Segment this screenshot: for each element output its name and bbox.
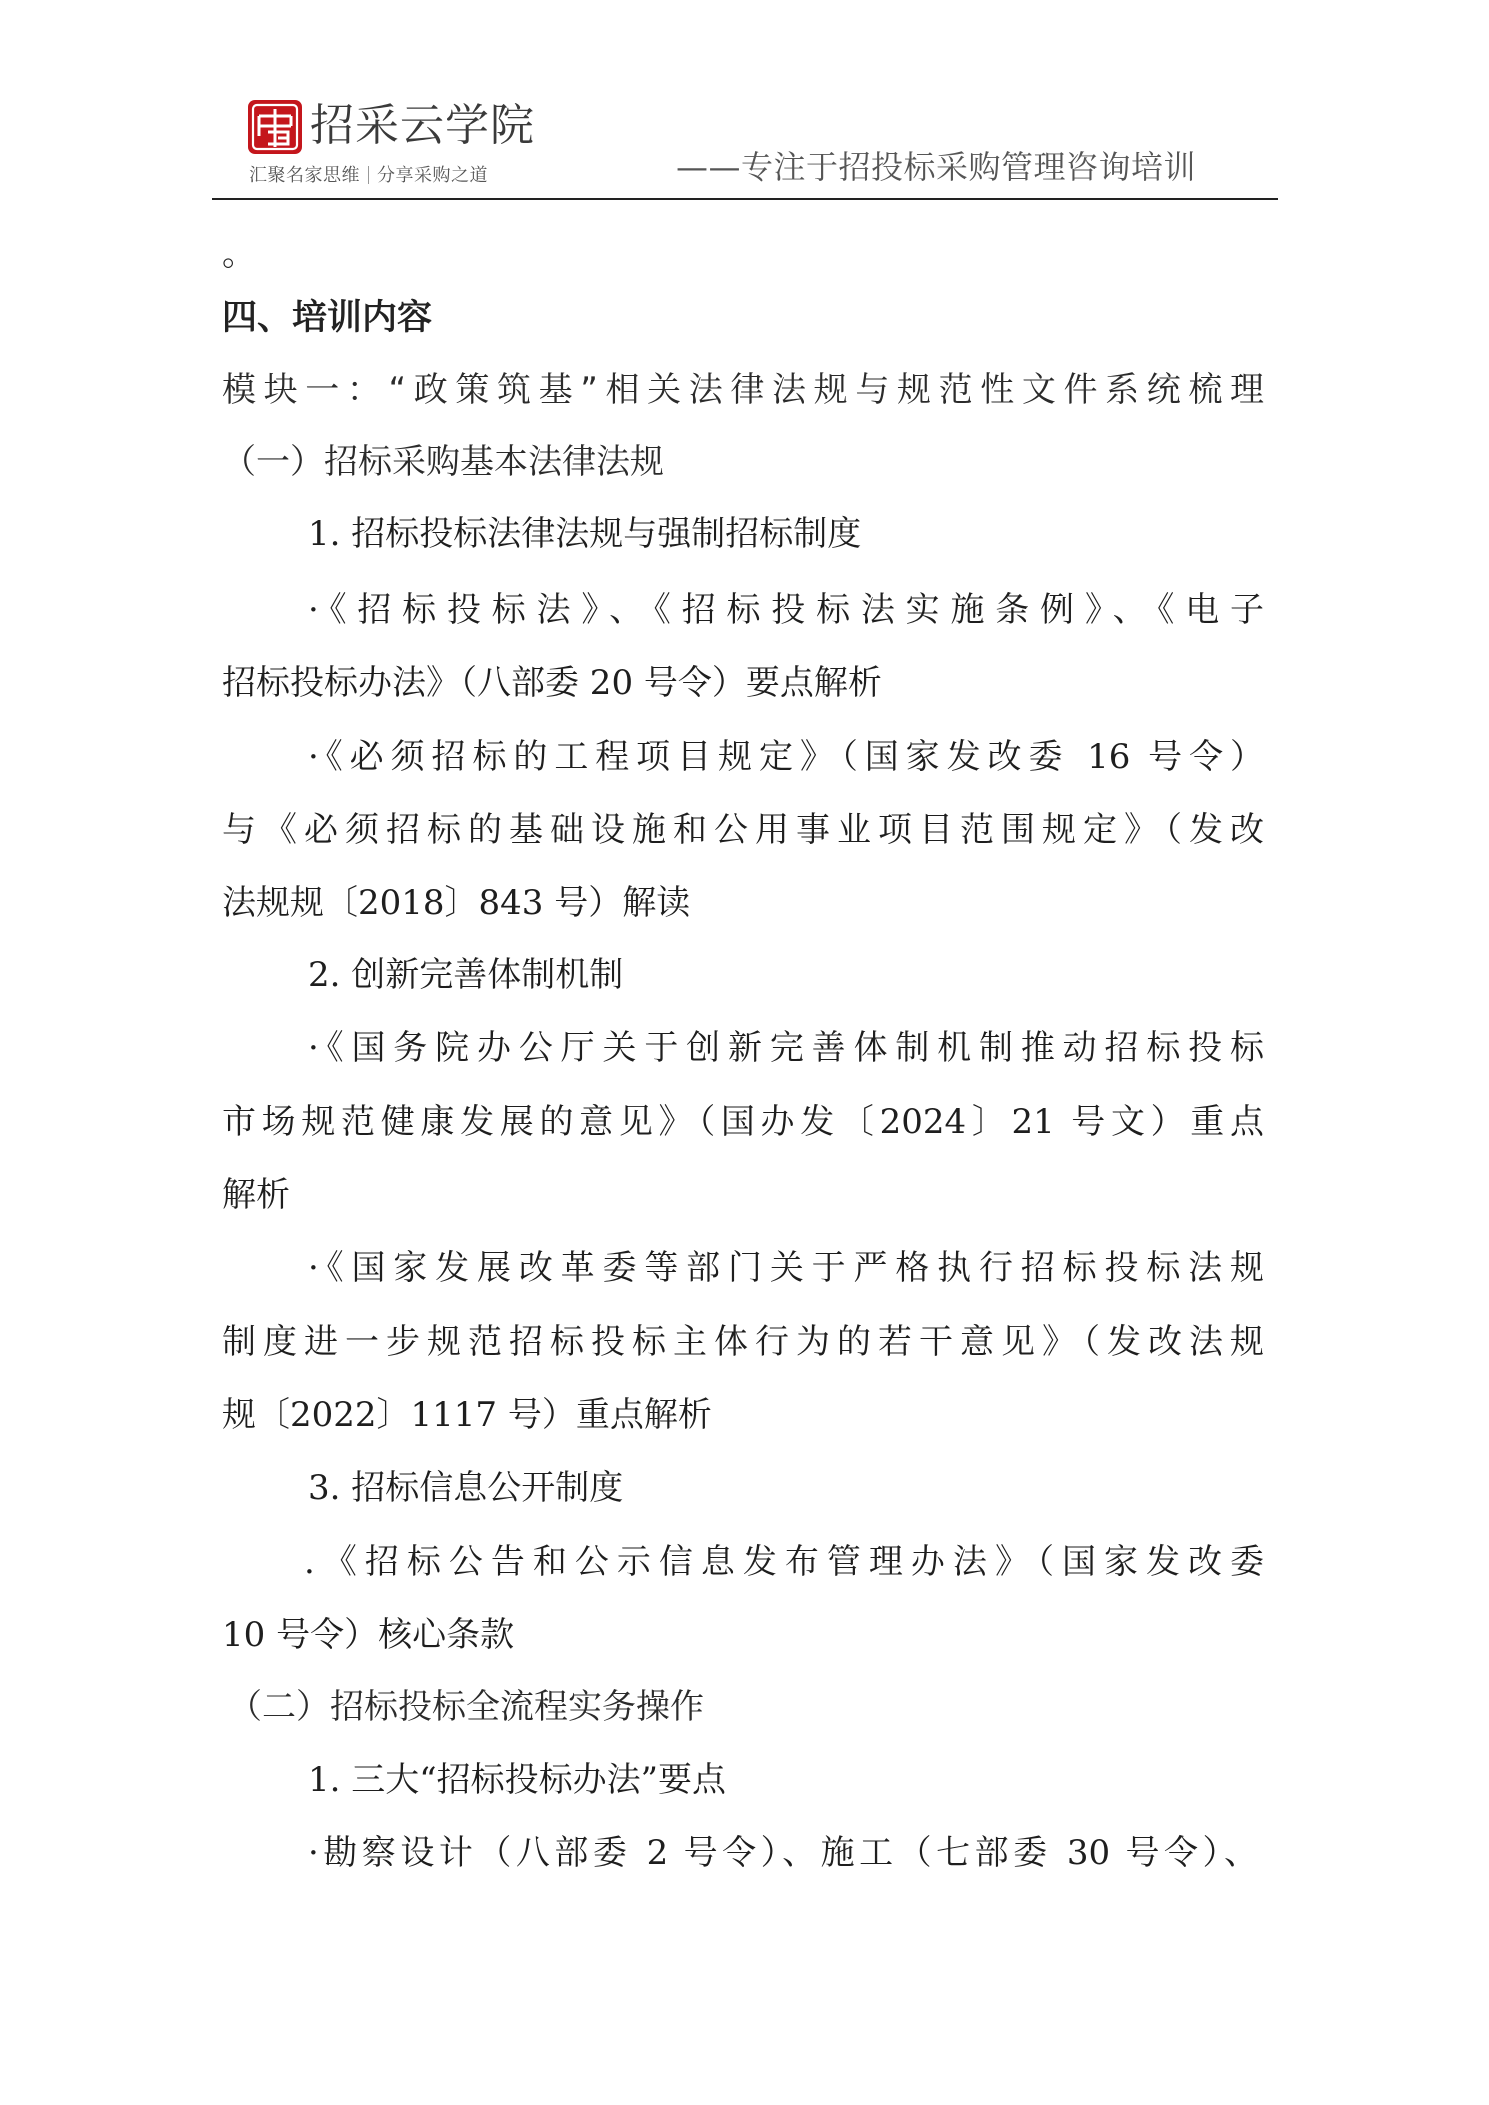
zhao-seal-logo-icon (248, 100, 302, 154)
text-line: 。 (222, 232, 256, 276)
text-line: 1. 三大“招标投标办法”要点 (308, 1758, 726, 1802)
text-line: 3. 招标信息公开制度 (308, 1466, 623, 1510)
text-line: 1. 招标投标法律法规与强制招标制度 (308, 512, 861, 556)
subsection-heading: 模块一：“政策筑基”相关法律法规与规范性文件系统梳理 (222, 368, 1264, 412)
header-tagline: ——专注于招投标采购管理咨询培训 (676, 145, 1196, 189)
text-line: ·《必须招标的工程项目规定》（国家发改委 16 号令） (308, 735, 1264, 779)
slogan-right: 分享采购之道 (377, 165, 488, 186)
subsection-heading: （一）招标采购基本法律法规 (222, 440, 664, 484)
text-line: 2. 创新完善体制机制 (308, 953, 623, 997)
text-line: 10 号令）核心条款 (222, 1613, 514, 1657)
text-line: ·《国务院办公厅关于创新完善体制机制推动招标投标 (308, 1026, 1264, 1070)
subsection-heading: （二）招标投标全流程实务操作 (228, 1685, 704, 1729)
brand-title: 招采云学院 (310, 96, 535, 156)
brand-slogan: 汇聚名家思维分享采购之道 (249, 163, 488, 189)
text-line: 市场规范健康发展的意见》（国办发〔2024〕21 号文）重点 (222, 1100, 1264, 1144)
text-line: 与《必须招标的基础设施和公用事业项目范围规定》（发改 (222, 808, 1264, 852)
text-line: ·《招标投标法》、《招标投标法实施条例》、《电子 (308, 588, 1264, 632)
text-line: 解析 (222, 1173, 290, 1217)
text-line: ·勘察设计（八部委 2 号令）、施工（七部委 30 号令）、 (308, 1831, 1258, 1875)
text-line: 规〔2022〕1117 号）重点解析 (222, 1393, 712, 1437)
header-divider (212, 198, 1278, 200)
slogan-divider (368, 166, 369, 184)
section-heading: 四、培训内容 (222, 296, 432, 340)
text-line: .《招标公告和公示信息发布管理办法》（国家发改委 (304, 1540, 1264, 1584)
slogan-left: 汇聚名家思维 (249, 165, 360, 186)
document-page: 招采云学院 汇聚名家思维分享采购之道 ——专注于招投标采购管理咨询培训 。四、培… (0, 0, 1489, 2105)
text-line: 制度进一步规范招标投标主体行为的若干意见》（发改法规 (222, 1320, 1264, 1364)
text-line: ·《国家发展改革委等部门关于严格执行招标投标法规 (308, 1246, 1264, 1290)
text-line: 法规规〔2018〕843 号）解读 (222, 881, 690, 925)
text-line: 招标投标办法》（八部委 20 号令）要点解析 (222, 661, 882, 705)
